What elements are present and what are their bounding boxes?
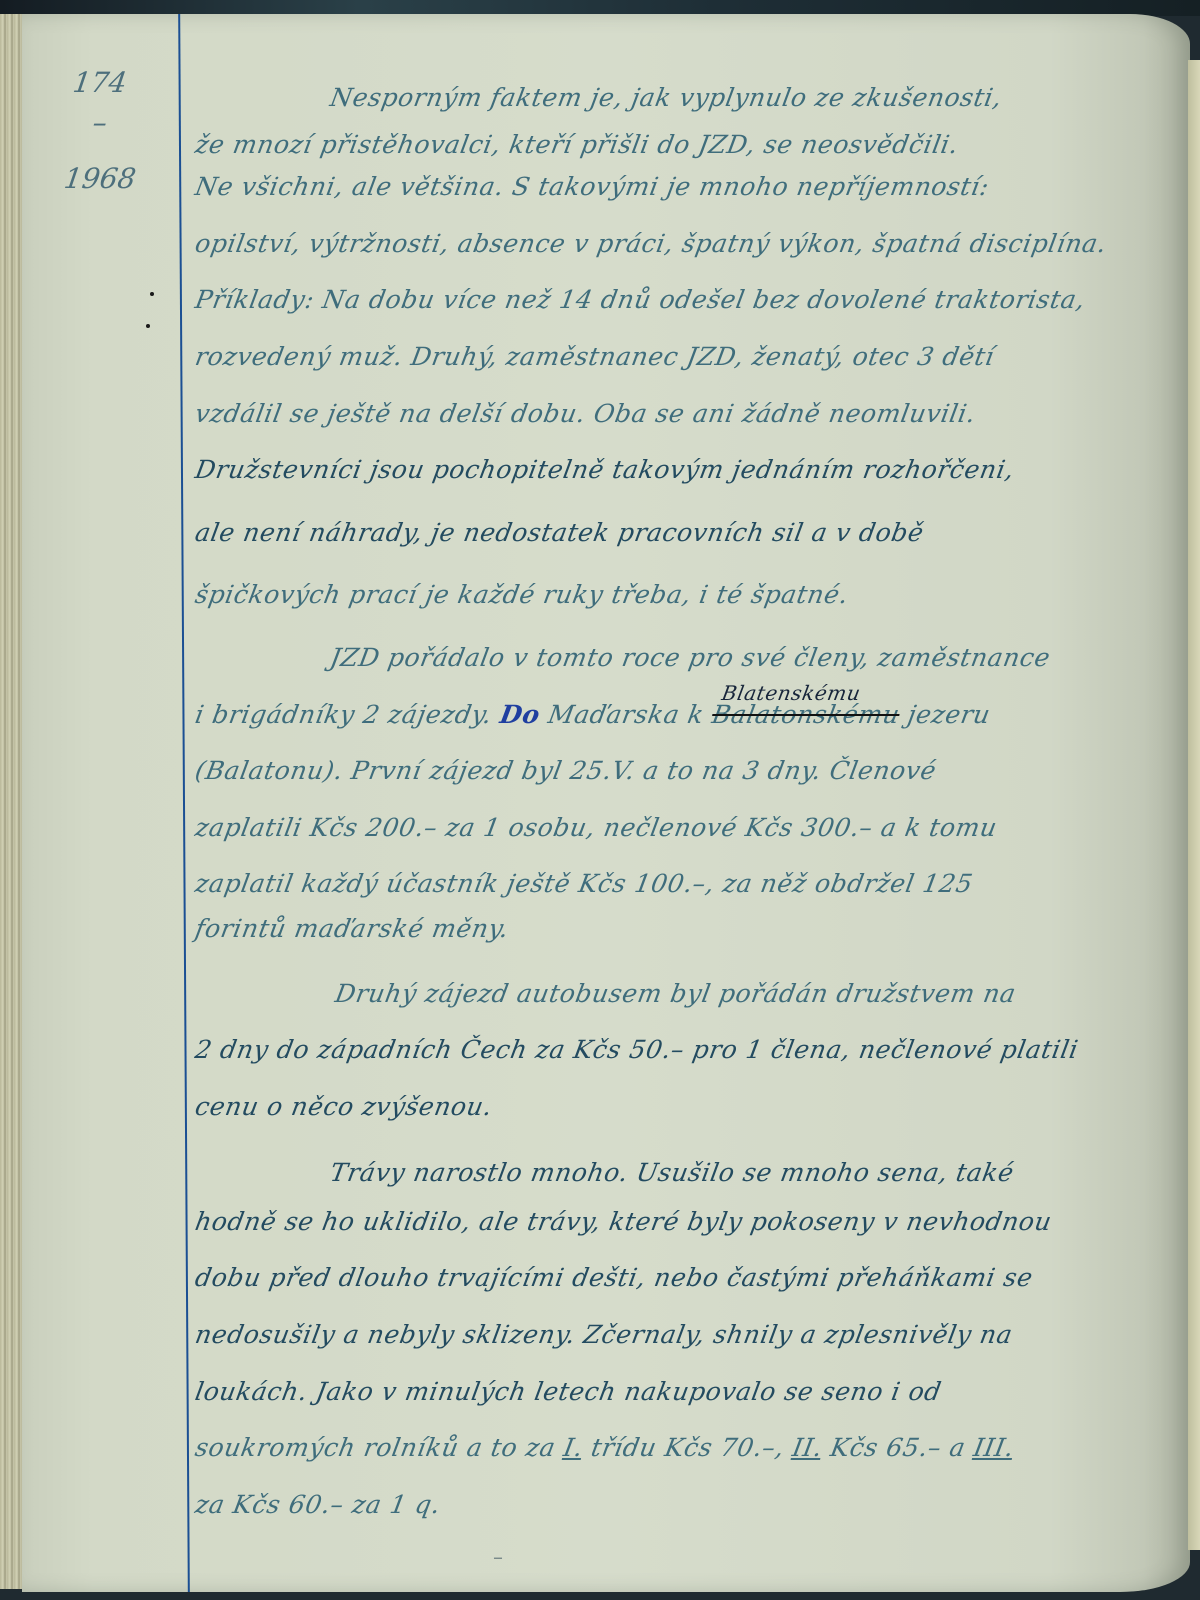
- text-line: JZD pořádalo v tomto roce pro své členy,…: [190, 632, 1160, 689]
- text-line-with-correction: i brigádníky 2 zájezdy. Do Maďarska k Ba…: [190, 689, 1160, 746]
- text-line: Příklady: Na dobu více než 14 dnů odešel…: [190, 274, 1160, 331]
- text-segment: i brigádníky 2 zájezdy.: [193, 700, 503, 729]
- text-line: Družstevníci jsou pochopitelně takovým j…: [190, 444, 1160, 501]
- text-line: forintů maďarské měny.: [190, 903, 1160, 960]
- text-segment: jezeru: [897, 700, 993, 729]
- blue-ink-word: Do: [498, 700, 543, 729]
- text-line: ale není náhrady, je nedostatek pracovní…: [190, 507, 1160, 564]
- text-line: vzdálil se ještě na delší dobu. Oba se a…: [190, 388, 1160, 445]
- text-segment: třídu Kčs 70.–,: [580, 1433, 795, 1462]
- text-segment: Kčs 65.– a: [820, 1433, 977, 1462]
- text-line: hodně se ho uklidilo, ale trávy, které b…: [190, 1196, 1160, 1253]
- class-label: III.: [971, 1433, 1016, 1462]
- text-line: opilství, výtržnosti, absence v práci, š…: [190, 218, 1160, 275]
- text-line: dobu před dlouho trvajícími dešti, nebo …: [190, 1252, 1160, 1309]
- margin-separator: –: [48, 106, 153, 139]
- text-segment: Maďarska k: [537, 700, 715, 729]
- pencil-mark: –: [493, 1545, 503, 1569]
- text-line: cenu o něco zvýšenou.: [190, 1081, 1160, 1138]
- handwritten-text-body: Nesporným faktem je, jak vyplynulo ze zk…: [190, 72, 1150, 1535]
- text-line: špičkových prací je každé ruky třeba, i …: [190, 569, 1160, 626]
- next-page-edge: [1188, 60, 1200, 1550]
- text-line: Druhý zájezd autobusem byl pořádán družs…: [190, 968, 1160, 1025]
- text-segment: soukromých rolníků a to za: [193, 1433, 567, 1462]
- text-line-with-classes: soukromých rolníků a to za I. třídu Kčs …: [190, 1422, 1160, 1479]
- margin-year: 1968: [48, 162, 153, 195]
- text-line: zaplatili Kčs 200.– za 1 osobu, nečlenov…: [190, 802, 1160, 859]
- margin-page-number: 174: [48, 66, 153, 99]
- text-line: za Kčs 60.– za 1 q.: [190, 1479, 1160, 1536]
- text-line: 2 dny do západních Čech za Kčs 50.– pro …: [190, 1024, 1160, 1081]
- ink-spot: [146, 324, 150, 328]
- inserted-correction: Blatenskému: [718, 667, 866, 719]
- ink-spot: [150, 292, 154, 296]
- text-line: (Balatonu). První zájezd byl 25.V. a to …: [190, 745, 1160, 802]
- text-line: Ne všichni, ale většina. S takovými je m…: [190, 161, 1160, 218]
- text-line: nedosušily a nebyly sklizeny. Zčernaly, …: [190, 1309, 1160, 1366]
- text-line: rozvedený muž. Druhý, zaměstnanec JZD, ž…: [190, 331, 1160, 388]
- text-line: loukách. Jako v minulých letech nakupova…: [190, 1366, 1160, 1423]
